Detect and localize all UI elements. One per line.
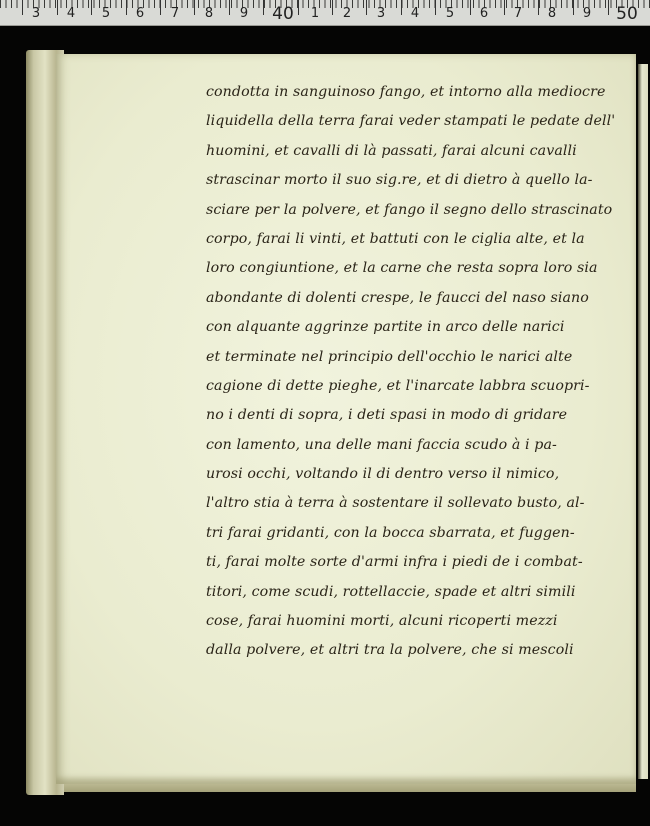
adjacent-page-edge xyxy=(638,64,648,779)
measuring-ruler: 3 4 5 6 7 8 9 40 1 2 3 4 5 6 7 8 9 50 xyxy=(0,0,650,26)
ruler-label: 2 xyxy=(343,6,351,21)
ruler-major-tick xyxy=(57,0,58,15)
ruler-major-tick xyxy=(538,0,539,15)
ruler-major-tick xyxy=(332,0,333,15)
ruler-major-tick xyxy=(298,0,299,15)
ruler-label: 9 xyxy=(583,6,591,21)
text-line: sciare per la polvere, et fango il segno… xyxy=(176,196,616,225)
text-line: strascinar morto il suo sig.re, et di di… xyxy=(176,166,616,195)
ruler-label: 3 xyxy=(377,6,385,21)
ruler-major-tick xyxy=(160,0,161,15)
text-line: cagione di dette pieghe, et l'inarcate l… xyxy=(176,372,616,401)
ruler-major-tick xyxy=(263,0,264,15)
ruler-major-tick xyxy=(401,0,402,15)
ruler-label: 1 xyxy=(311,6,319,21)
ruler-label: 9 xyxy=(240,6,248,21)
text-line: cose, farai huomini morti, alcuni ricope… xyxy=(176,607,616,636)
ruler-label: 7 xyxy=(171,6,179,21)
text-line: l'altro stia à terra à sostentare il sol… xyxy=(176,489,616,518)
ruler-major-tick xyxy=(366,0,367,15)
ruler-major-tick xyxy=(229,0,230,15)
text-line: no i denti di sopra, i deti spasi in mod… xyxy=(176,401,616,430)
ruler-major-tick xyxy=(470,0,471,15)
text-line: et terminate nel principio dell'occhio l… xyxy=(176,343,616,372)
text-line: con lamento, una delle mani faccia scudo… xyxy=(176,431,616,460)
ruler-label: 6 xyxy=(480,6,488,21)
text-line: dalla polvere, et altri tra la polvere, … xyxy=(176,636,616,665)
text-line: liquidella della terra farai veder stamp… xyxy=(176,107,616,136)
ruler-label: 50 xyxy=(616,4,638,24)
ruler-label: 4 xyxy=(67,6,75,21)
ruler-major-tick xyxy=(573,0,574,15)
ruler-label: 6 xyxy=(136,6,144,21)
ruler-label: 7 xyxy=(514,6,522,21)
ruler-label: 5 xyxy=(102,6,110,21)
text-line: huomini, et cavalli di là passati, farai… xyxy=(176,137,616,166)
ruler-label: 3 xyxy=(32,6,40,21)
ruler-label: 40 xyxy=(272,4,294,24)
ruler-label: 4 xyxy=(411,6,419,21)
ruler-major-tick xyxy=(194,0,195,15)
text-line: ti, farai molte sorte d'armi infra i pie… xyxy=(176,548,616,577)
text-line: urosi occhi, voltando il di dentro verso… xyxy=(176,460,616,489)
text-line: titori, come scudi, rottellaccie, spade … xyxy=(176,578,616,607)
ruler-major-tick xyxy=(608,0,609,15)
ruler-label: 5 xyxy=(446,6,454,21)
text-line: loro congiuntione, et la carne che resta… xyxy=(176,254,616,283)
ruler-major-tick xyxy=(504,0,505,15)
ruler-major-tick xyxy=(126,0,127,15)
ruler-major-tick xyxy=(435,0,436,15)
ruler-major-tick xyxy=(91,0,92,15)
text-line: corpo, farai li vinti, et battuti con le… xyxy=(176,225,616,254)
text-line: condotta in sanguinoso fango, et intorno… xyxy=(176,78,616,107)
text-line: con alquante aggrinze partite in arco de… xyxy=(176,313,616,342)
ruler-label: 8 xyxy=(548,6,556,21)
manuscript-text: condotta in sanguinoso fango, et intorno… xyxy=(176,78,616,666)
text-line: abondante di dolenti crespe, le faucci d… xyxy=(176,284,616,313)
ruler-major-tick xyxy=(22,0,23,15)
text-line: tri farai gridanti, con la bocca sbarrat… xyxy=(176,519,616,548)
ruler-label: 8 xyxy=(205,6,213,21)
